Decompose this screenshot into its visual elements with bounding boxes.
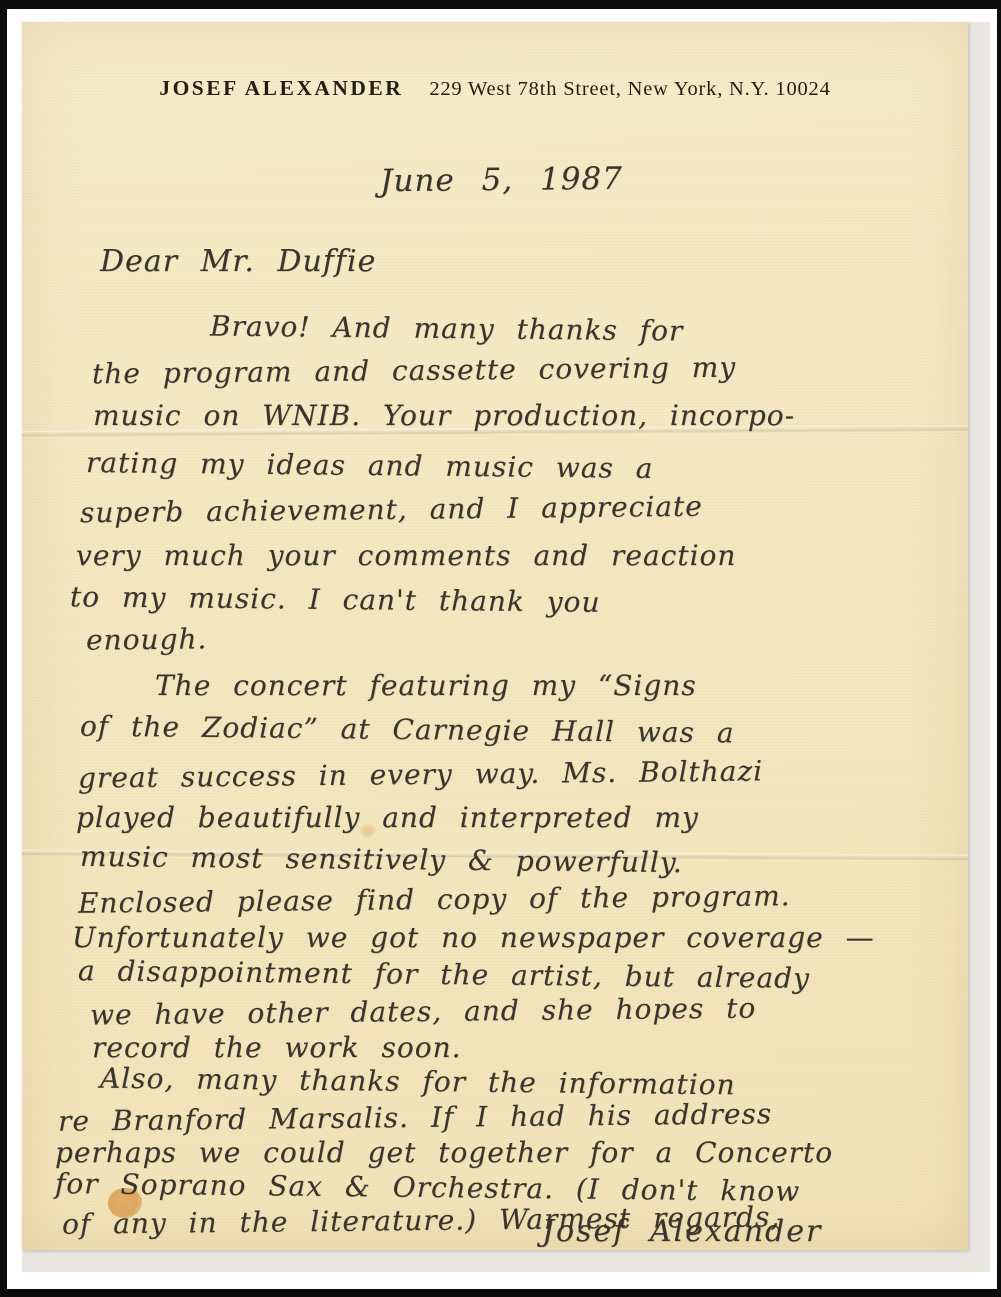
body-line: great success in every way. Ms. Bolthazi [78,754,763,794]
signature-line: Josef Alexander [542,1214,822,1249]
body-line: a disappointment for the artist, but alr… [78,954,810,995]
body-line: rating my ideas and music was a [86,446,654,485]
body-line: played beautifully and interpreted my [76,801,699,834]
body-line: record the work soon. [92,1031,462,1064]
body-line: music most sensitively & powerfully. [80,840,683,879]
scan-frame: JOSEF ALEXANDER229 West 78th Street, New… [0,0,1001,1297]
body-line: the program and cassette covering my [92,351,736,391]
body-line: music on WNIB. Your production, incorpo- [93,399,795,432]
body-line: perhaps we could get together for a Conc… [55,1136,833,1169]
body-line: we have other dates, and she hopes to [90,992,757,1032]
body-line: The concert featuring my “Signs [155,669,697,702]
letterhead-name: JOSEF ALEXANDER [159,76,403,100]
body-line: Enclosed please find copy of the program… [78,879,791,919]
body-line: Also, many thanks for the information [100,1062,736,1102]
body-line: to my music. I can't thank you [70,580,601,619]
letterhead-address: 229 West 78th Street, New York, N.Y. 100… [429,78,830,100]
body-line: re Branford Marsalis. If I had his addre… [58,1097,773,1137]
body-line: of the Zodiac” at Carnegie Hall was a [80,710,735,750]
body-line: Unfortunately we got no newspaper covera… [72,921,875,954]
date-line: June 5, 1987 [380,161,623,200]
body-line: superb achievement, and I appreciate [80,490,703,530]
letter-page: JOSEF ALEXANDER229 West 78th Street, New… [22,22,968,1250]
body-line: very much your comments and reaction [76,539,736,572]
body-line: Bravo! And many thanks for [210,310,684,348]
body-line: enough. [86,622,208,656]
letterhead: JOSEF ALEXANDER229 West 78th Street, New… [22,76,968,101]
salutation-line: Dear Mr. Duffie [100,244,376,279]
